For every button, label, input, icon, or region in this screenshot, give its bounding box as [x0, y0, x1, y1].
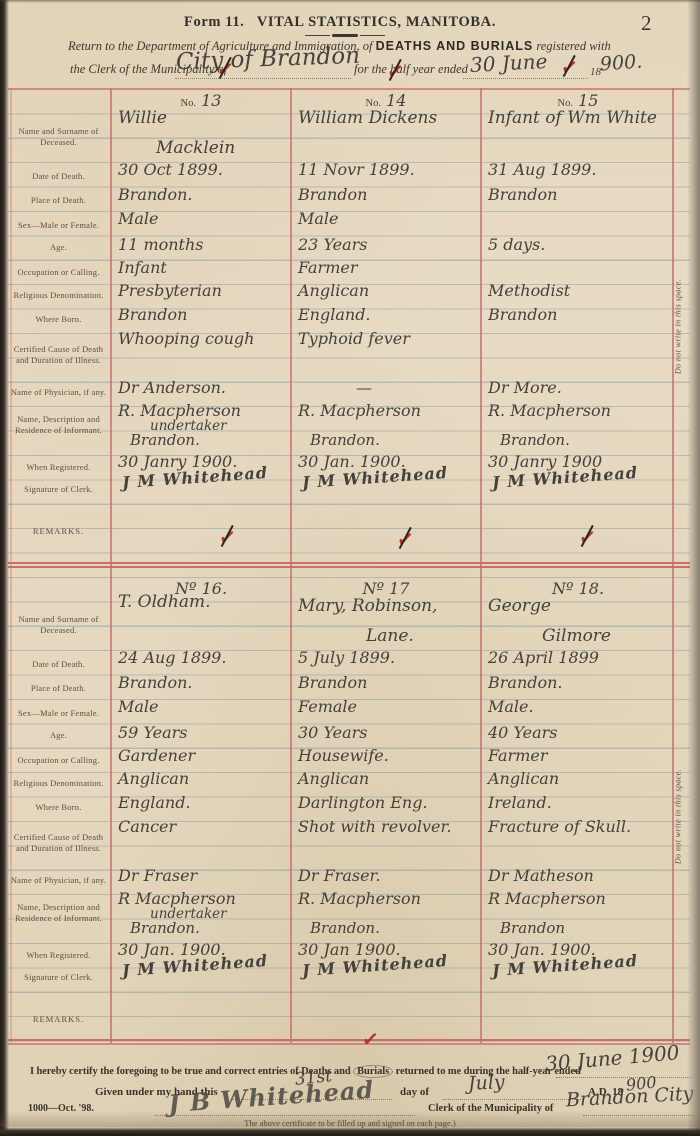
entry-column-16: Nº 16. T. Oldham. 24 Aug 1899. Brandon. …: [116, 578, 286, 1056]
field-where-born: England.: [118, 793, 191, 812]
field-physician: Dr Matheson: [488, 866, 594, 885]
field-physician: Dr Anderson.: [118, 378, 226, 397]
field-informant-3: Brandon.: [500, 431, 570, 449]
field-where-born: Brandon: [118, 305, 187, 324]
row-label: Certified Cause of Death and Duration of…: [9, 832, 108, 855]
field-where-born: England.: [298, 305, 371, 324]
municipality-handwriting: City of Brandon: [176, 44, 361, 75]
field-age: 5 days.: [488, 235, 545, 254]
half-year-label: for the half year ended: [354, 62, 468, 77]
row-label: Occupation or Calling.: [9, 267, 108, 278]
field-sex: Female: [298, 697, 357, 716]
field-name-2: Macklein: [156, 138, 235, 158]
row-label: Where Born.: [9, 314, 108, 325]
municipality-blank-line: [175, 77, 351, 79]
scan-edge-left: [0, 0, 9, 1136]
field-where-born: Ireland.: [488, 793, 552, 812]
row-label: Religious Denomination.: [9, 778, 108, 789]
field-place-of-death: Brandon: [298, 185, 367, 204]
row-label: Occupation or Calling.: [9, 755, 108, 766]
check-icon: ✓: [216, 59, 235, 81]
field-date-of-death: 5 July 1899.: [298, 648, 395, 667]
field-name: T. Oldham.: [118, 592, 211, 612]
field-age: 11 months: [118, 235, 204, 254]
row-label: Sex—Male or Female.: [9, 708, 108, 719]
field-informant-3: Brandon: [500, 919, 565, 937]
form-title: VITAL STATISTICS, MANITOBA.: [257, 14, 496, 30]
row-label: Place of Death.: [9, 195, 108, 206]
scan-shadow-bottom: [0, 1111, 700, 1127]
field-name: William Dickens: [298, 108, 437, 128]
check-icon: ✓: [578, 527, 597, 549]
field-date-of-death: 24 Aug 1899.: [118, 648, 226, 667]
field-where-born: Darlington Eng.: [298, 793, 428, 812]
field-name: Willie: [118, 108, 167, 128]
row-label: Place of Death.: [9, 683, 108, 694]
field-physician: —: [356, 378, 372, 397]
row-label: Age.: [9, 242, 108, 253]
field-age: 23 Years: [298, 235, 367, 254]
title-ornament: [305, 34, 385, 37]
entry-column-17: Nº 17 Mary, Robinson, Lane. 5 July 1899.…: [296, 578, 476, 1056]
row-label: Date of Death.: [9, 171, 108, 182]
field-sex: Male: [118, 697, 159, 716]
field-sex: Male: [118, 209, 159, 228]
field-occupation: Farmer: [488, 746, 548, 765]
field-place-of-death: Brandon.: [488, 673, 563, 692]
half-year-handwriting: 30 June: [470, 51, 548, 76]
scan-edge-bottom: [0, 1127, 700, 1136]
footer-municipality-handwriting: Brandon City: [566, 1085, 694, 1112]
field-informant: R. Macpherson: [298, 889, 421, 908]
month-blank-line: [443, 1098, 581, 1100]
field-place-of-death: Brandon.: [118, 673, 193, 692]
row-label: REMARKS.: [9, 1014, 108, 1025]
field-name-2: Gilmore: [542, 626, 611, 646]
row-label: Name of Physician, if any.: [9, 875, 108, 886]
field-informant-3: Brandon.: [130, 919, 200, 937]
check-icon: ✓: [386, 61, 405, 83]
field-religion: Anglican: [118, 769, 189, 788]
field-where-born: Brandon: [488, 305, 557, 324]
check-icon: ✓: [218, 527, 237, 549]
row-label: Where Born.: [9, 802, 108, 813]
return-line: Return to the Department of Agriculture …: [68, 39, 668, 54]
row-label: Name, Description and Residence of Infor…: [9, 902, 108, 925]
field-informant: R. Macpherson: [488, 401, 611, 420]
row-label: When Registered.: [9, 462, 108, 473]
field-date-of-death: 26 April 1899: [488, 648, 599, 667]
field-physician: Dr Fraser.: [298, 866, 381, 885]
field-cause-of-death: Whooping cough: [118, 329, 254, 348]
field-name: Mary, Robinson,: [298, 596, 437, 616]
field-informant-3: Brandon.: [130, 431, 200, 449]
field-name: Infant of Wm White: [488, 108, 657, 128]
row-label: Age.: [9, 730, 108, 741]
year-handwriting: 900.: [599, 53, 643, 76]
field-sex: Male: [298, 209, 339, 228]
field-informant-3: Brandon.: [310, 431, 380, 449]
row-label: When Registered.: [9, 950, 108, 961]
row-label: Name, Description and Residence of Infor…: [9, 414, 108, 437]
row-label: Religious Denomination.: [9, 290, 108, 301]
field-cause-of-death: Fracture of Skull.: [488, 817, 631, 836]
check-icon: ✓: [361, 1029, 380, 1051]
field-informant: R. Macpherson: [298, 401, 421, 420]
field-name: George: [488, 596, 551, 616]
field-religion: Presbyterian: [118, 281, 222, 300]
field-cause-of-death: Typhoid fever: [298, 329, 410, 348]
field-informant: R Macpherson: [488, 889, 606, 908]
field-place-of-death: Brandon.: [118, 185, 193, 204]
field-occupation: Infant: [118, 258, 167, 277]
field-religion: Anglican: [298, 281, 369, 300]
field-occupation: Housewife.: [298, 746, 389, 765]
row-label: Name and Surname of Deceased.: [9, 614, 108, 637]
field-date-of-death: 11 Novr 1899.: [298, 160, 415, 179]
form-number: Form 11.: [184, 14, 244, 30]
entry-column-13: No. 13 Willie Macklein 30 Oct 1899. Bran…: [116, 90, 286, 568]
field-place-of-death: Brandon: [298, 673, 367, 692]
row-label: Signature of Clerk.: [9, 972, 108, 983]
page-title: Form 11. VITAL STATISTICS, MANITOBA.: [40, 14, 640, 31]
field-age: 40 Years: [488, 723, 557, 742]
scan-edge-top: [0, 0, 700, 3]
field-place-of-death: Brandon: [488, 185, 557, 204]
field-sex: Male.: [488, 697, 534, 716]
field-date-of-death: 30 Oct 1899.: [118, 160, 223, 179]
row-label: Name of Physician, if any.: [9, 387, 108, 398]
field-occupation: Farmer: [298, 258, 358, 277]
day-of-label: day of: [400, 1086, 429, 1098]
field-religion: Anglican: [488, 769, 559, 788]
field-religion: Methodist: [488, 281, 570, 300]
field-cause-of-death: Cancer: [118, 817, 176, 836]
field-age: 59 Years: [118, 723, 187, 742]
row-label: Date of Death.: [9, 659, 108, 670]
field-cause-of-death: Shot with revolver.: [298, 817, 451, 836]
page-number: 2: [641, 11, 652, 36]
field-physician: Dr More.: [488, 378, 562, 397]
entries-section-2: Name and Surname of Deceased. Date of De…: [0, 578, 700, 1056]
field-age: 30 Years: [298, 723, 367, 742]
row-label: Sex—Male or Female.: [9, 220, 108, 231]
row-label: REMARKS.: [9, 526, 108, 537]
entry-column-18: Nº 18. George Gilmore 26 April 1899 Bran…: [486, 578, 670, 1056]
row-label: Name and Surname of Deceased.: [9, 126, 108, 149]
check-icon: ✓: [560, 57, 579, 79]
field-date-of-death: 31 Aug 1899.: [488, 160, 596, 179]
check-icon: ✓: [396, 529, 415, 551]
scan-edge-right: [687, 0, 700, 1136]
row-label: Certified Cause of Death and Duration of…: [9, 344, 108, 367]
row-label: Signature of Clerk.: [9, 484, 108, 495]
field-occupation: Gardener: [118, 746, 195, 765]
field-religion: Anglican: [298, 769, 369, 788]
field-informant-3: Brandon.: [310, 919, 380, 937]
certify-blank-line: [556, 1076, 692, 1078]
entry-column-15: No. 15 Infant of Wm White 31 Aug 1899. B…: [486, 90, 670, 568]
entries-section-1: Name and Surname of Deceased. Date of De…: [0, 90, 700, 568]
field-physician: Dr Fraser: [118, 866, 197, 885]
entry-column-14: No. 14 William Dickens 11 Novr 1899. Bra…: [296, 90, 476, 568]
field-name-2: Lane.: [366, 626, 414, 646]
register-page: Form 11. VITAL STATISTICS, MANITOBA. 2 R…: [0, 0, 700, 1136]
month-handwriting: July: [468, 1073, 506, 1095]
